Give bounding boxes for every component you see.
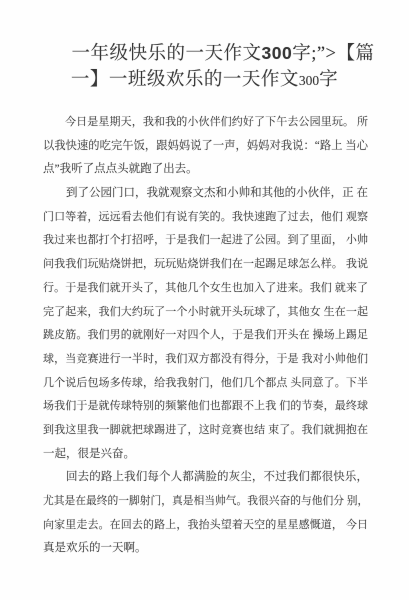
body-line: 行。于是我们就开头了，其他几个女生也加入了进来。我们 就来了 bbox=[43, 277, 368, 301]
body-line: 跳皮筋。我们男的就刚好一对四个人，于是我们开头在 操场上踢足 bbox=[43, 324, 368, 348]
body-line: 以我快速的吃完午饭，跟妈妈说了一声，妈妈对我说：“路上 当心 bbox=[43, 135, 368, 159]
title-number-bold: 300 bbox=[262, 43, 293, 63]
body-line: 我过来也都打个打招呼，于是我们一起进了公园。到了里面， 小帅 bbox=[43, 229, 368, 253]
title-number-small: 300 bbox=[299, 73, 319, 88]
body-line: 回去的路上我们每个人都满脸的灰尘，不过我们都很快乐， bbox=[43, 466, 368, 490]
title-text-segment: 字;”>【篇 bbox=[292, 44, 374, 64]
body-line: 一起，很是兴奋。 bbox=[43, 443, 368, 467]
body-line: 到我这里我一脚就把球踢进了，这时竞赛也结 束了。我们就拥抱在 bbox=[43, 419, 368, 443]
body-line: 今日是星期天，我和我的小伙伴们约好了下午去公园里玩。 所 bbox=[43, 111, 368, 135]
body-line: 向家里走去。在回去的路上，我抬头望着天空的星星感慨道， 今日 bbox=[43, 514, 368, 538]
body-line: 球，当竞赛进行一半时，我们双方都没有得分，于是 我对小帅他们 bbox=[43, 348, 368, 372]
body-line: 尤其是在最终的一脚射门，真是相当帅气。我很兴奋的与他们分 别， bbox=[43, 490, 368, 514]
essay-body: 今日是星期天，我和我的小伙伴们约好了下午去公园里玩。 所以我快速的吃完午饭，跟妈… bbox=[43, 111, 368, 561]
essay-title: 一年级快乐的一天作文300字;”>【篇 一】一班级欢乐的一天作文300字 bbox=[30, 40, 379, 94]
body-line: 真是欢乐的一天啊。 bbox=[43, 537, 368, 561]
body-line: 几个说后包场多传球，给我我射门，他们几个都点 头同意了。下半 bbox=[43, 372, 368, 396]
essay-title-line-2: 一】一班级欢乐的一天作文300字 bbox=[30, 67, 379, 94]
essay-title-line-1: 一年级快乐的一天作文300字;”>【篇 bbox=[30, 40, 379, 67]
body-line: 点”我听了点点头就跑了出去。 bbox=[43, 158, 368, 182]
body-line: 到了公园门口，我就观察文杰和小帅和其他的小伙伴，正 在 bbox=[43, 182, 368, 206]
title-text-segment: 一】一班级欢乐的一天作文 bbox=[71, 70, 299, 90]
title-text-segment: 一年级快乐的一天作文 bbox=[71, 44, 261, 64]
document-page: 一年级快乐的一天作文300字;”>【篇 一】一班级欢乐的一天作文300字 今日是… bbox=[0, 0, 409, 600]
body-line: 问我我们玩贴烧饼把，玩玩贴烧饼我们在一起踢足球怎么样。 我说 bbox=[43, 253, 368, 277]
body-line: 完了起来，我们大约玩了一个小时就开头玩球了，其他女 生在一起 bbox=[43, 301, 368, 325]
title-text-segment: 字 bbox=[319, 70, 338, 90]
body-line: 门口等着，远远看去他们有说有笑的。我快速跑了过去，他们 观察 bbox=[43, 206, 368, 230]
body-line: 场我们于是就传球特别的频繁他们也都跟不上我 们的节奏，最终球 bbox=[43, 395, 368, 419]
